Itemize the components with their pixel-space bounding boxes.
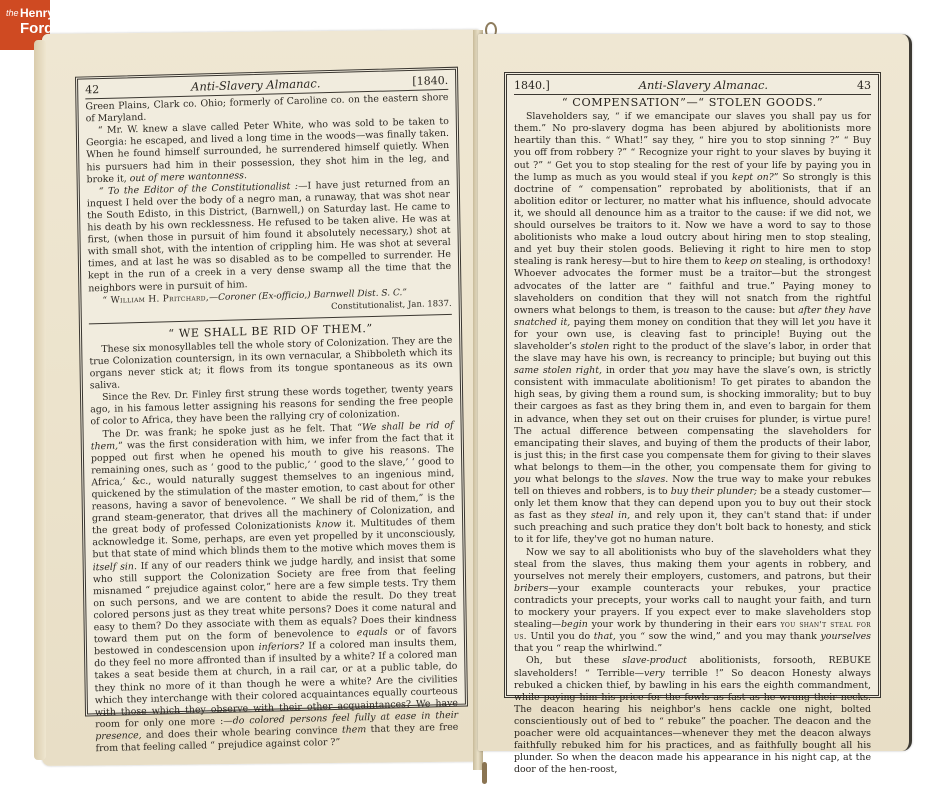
page-number: 42	[85, 84, 99, 96]
binding-thread-bottom	[482, 762, 487, 784]
running-title: Anti-Slavery Almanac.	[191, 77, 321, 92]
running-year: 1840.]	[514, 80, 550, 92]
open-book: 42 Anti-Slavery Almanac. [1840. Green Pl…	[0, 0, 933, 800]
page-number: 43	[857, 80, 871, 92]
paragraph: The Dr. was frank; he spoke just as he f…	[91, 419, 459, 755]
running-year: [1840.	[412, 75, 448, 88]
left-page-text-frame: 42 Anti-Slavery Almanac. [1840. Green Pl…	[75, 67, 468, 717]
article-title: “ COMPENSATION”—“ STOLEN GOODS.”	[514, 97, 871, 109]
left-page: 42 Anti-Slavery Almanac. [1840. Green Pl…	[42, 29, 479, 766]
paragraph: Now we say to all abolitionists who buy …	[514, 547, 871, 656]
running-title: Anti-Slavery Almanac.	[639, 79, 768, 91]
paragraph: “ Mr. W. knew a slave called Peter White…	[86, 116, 450, 186]
right-page: 1840.] Anti-Slavery Almanac. 43 “ COMPEN…	[478, 34, 912, 751]
right-page-text-frame: 1840.] Anti-Slavery Almanac. 43 “ COMPEN…	[504, 72, 881, 698]
paragraph: Slaveholders say, “ if we emancipate our…	[514, 111, 871, 546]
paragraph: “ To the Editor of the Constitutionalist…	[87, 177, 452, 295]
right-running-head: 1840.] Anti-Slavery Almanac. 43	[514, 78, 871, 95]
paragraph: Oh, but these slave-product abolitionist…	[514, 655, 871, 776]
